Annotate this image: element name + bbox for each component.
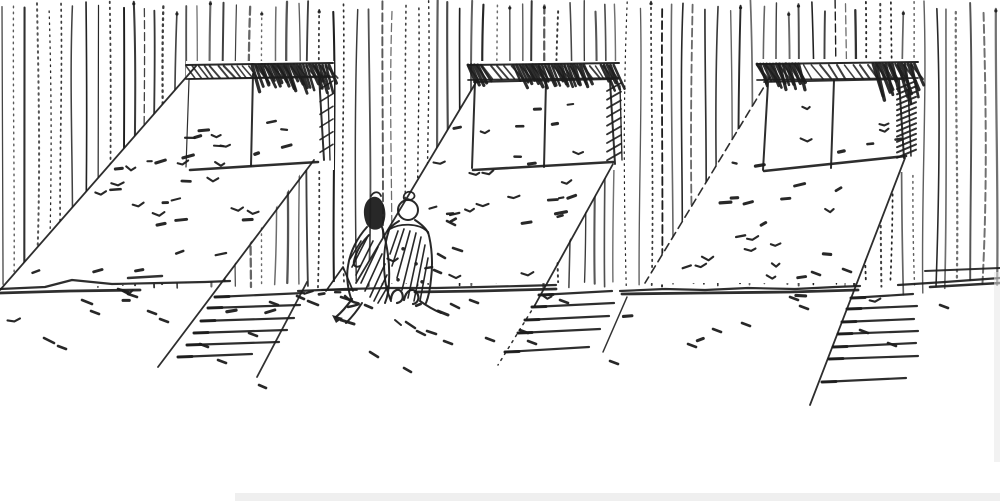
architectural-sketch-canvas: [0, 0, 1000, 501]
sketch-page: Hand-drawn architectural ink sketch: [0, 0, 1000, 501]
